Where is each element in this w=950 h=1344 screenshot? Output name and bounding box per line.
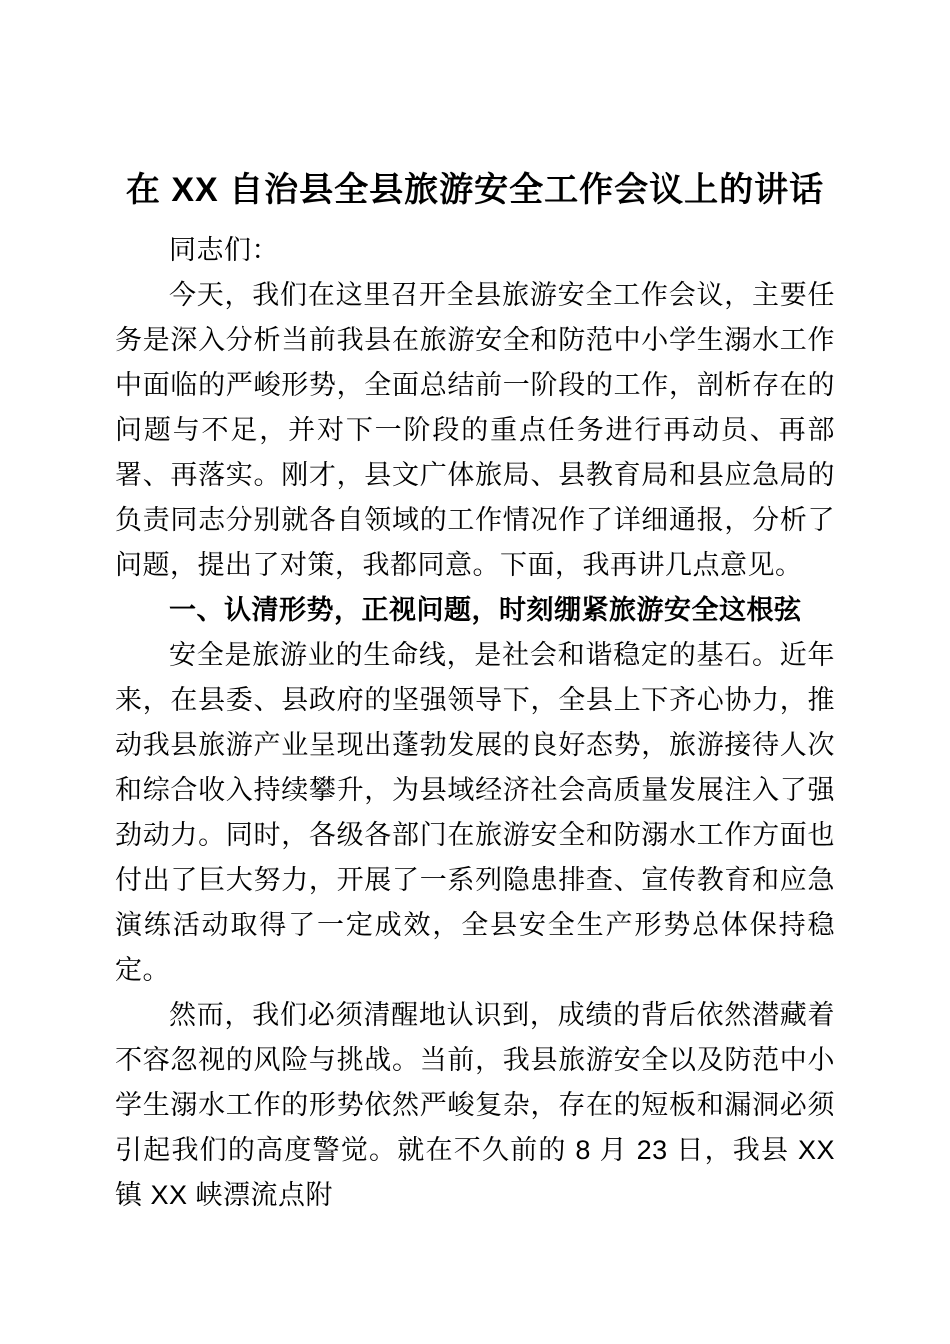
document-content: 在 XX 自治县全县旅游安全工作会议上的讲话 同志们： 今天，我们在这里召开全县… (115, 166, 835, 1218)
intro-paragraph: 今天，我们在这里召开全县旅游安全工作会议，主要任务是深入分析当前我县在旅游安全和… (115, 273, 835, 588)
salutation-paragraph: 同志们： (115, 228, 835, 273)
section-heading-1: 一、认清形势，正视问题，时刻绷紧旅游安全这根弦 (115, 588, 835, 633)
risks-paragraph: 然而，我们必须清醒地认识到，成绩的背后依然潜藏着不容忽视的风险与挑战。当前，我县… (115, 993, 835, 1218)
achievements-paragraph: 安全是旅游业的生命线，是社会和谐稳定的基石。近年来，在县委、县政府的坚强领导下，… (115, 633, 835, 993)
document-title: 在 XX 自治县全县旅游安全工作会议上的讲话 (115, 166, 835, 214)
document-page: 在 XX 自治县全县旅游安全工作会议上的讲话 同志们： 今天，我们在这里召开全县… (0, 0, 950, 1344)
